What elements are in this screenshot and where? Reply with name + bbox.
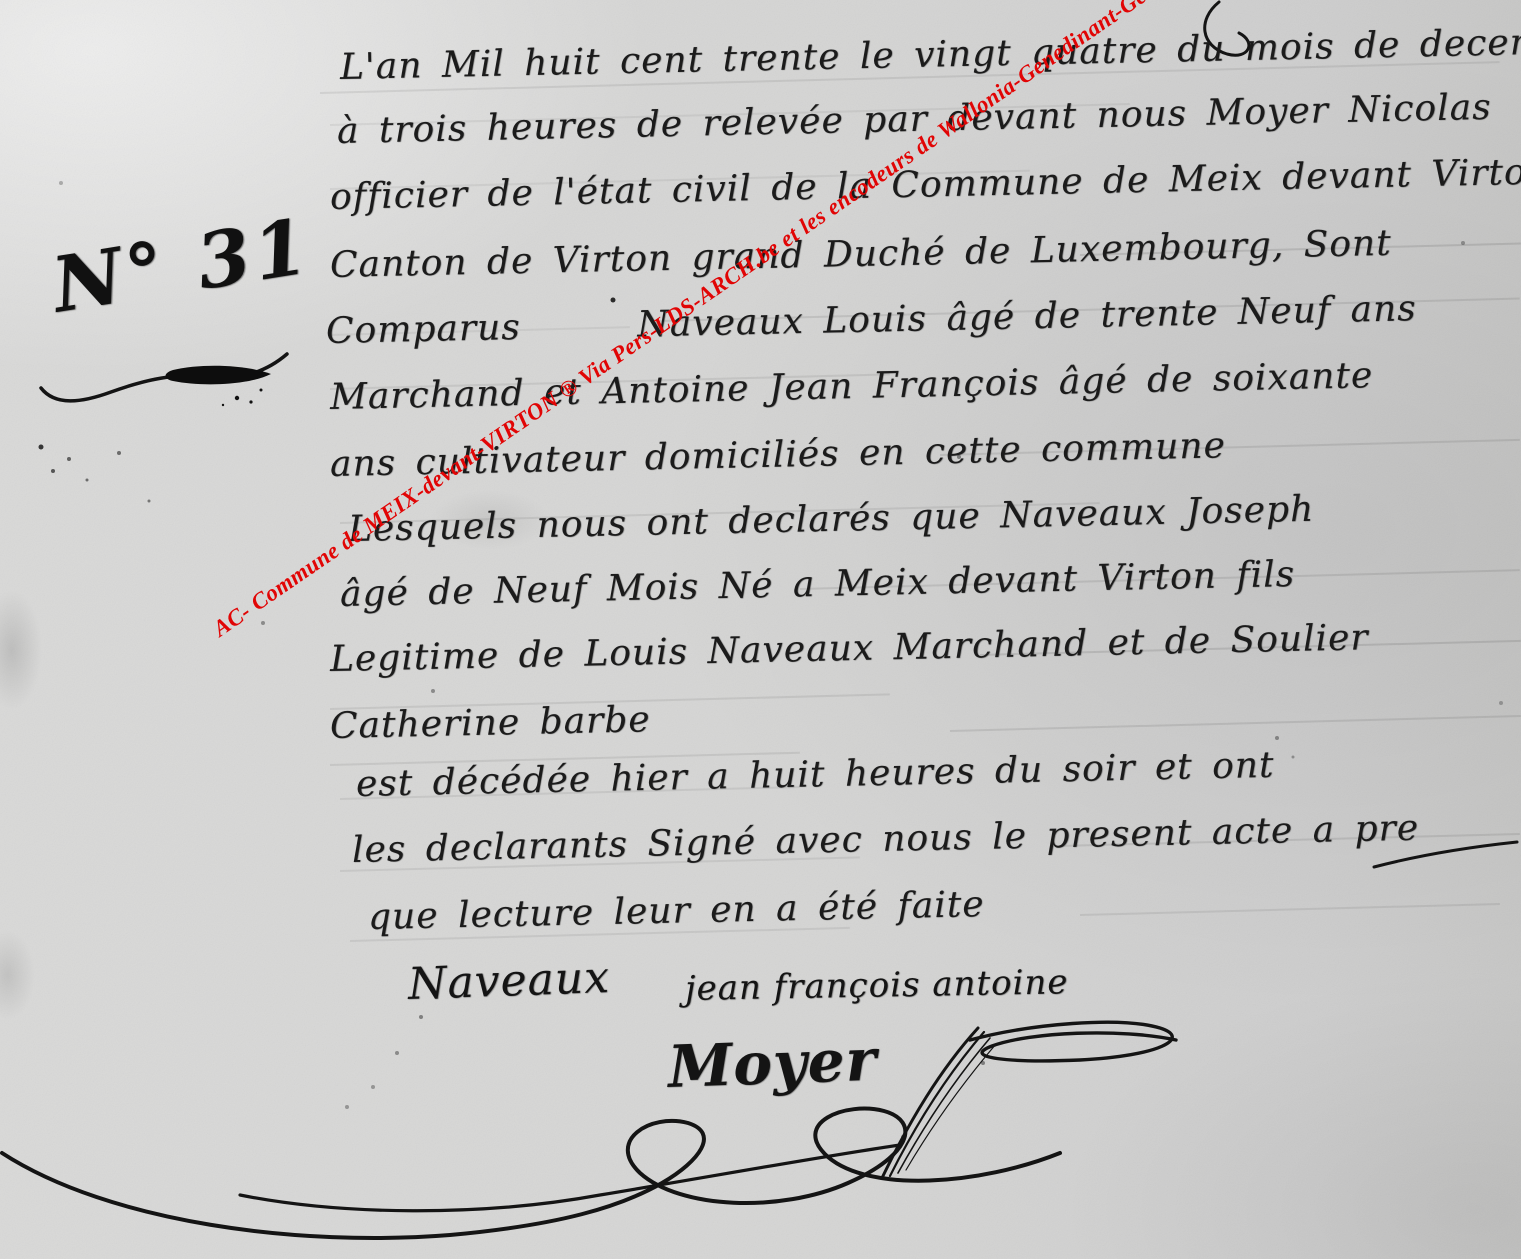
manuscript-line: Canton de Virton grand Duché de Luxembou… bbox=[330, 224, 1392, 286]
manuscript-line: Marchand et Antoine Jean François âgé de… bbox=[330, 356, 1374, 417]
manuscript-line: L'an Mil huit cent trente le vingt quatr… bbox=[340, 21, 1521, 87]
manuscript-line: Comparus Naveaux Louis âgé de trente Neu… bbox=[326, 289, 1417, 351]
manuscript-line: que lecture leur en a été faite bbox=[368, 885, 985, 937]
manuscript-line: est décédée hier a huit heures du soir e… bbox=[356, 746, 1275, 805]
manuscript-line: Lesquels nous ont declarés que Naveaux J… bbox=[348, 490, 1315, 550]
edge-smudge bbox=[0, 590, 42, 710]
manuscript-line: les declarants Signé avec nous le presen… bbox=[352, 809, 1420, 871]
ink-flourish-under-number bbox=[35, 340, 305, 420]
signature-quill-flourish bbox=[820, 1000, 1240, 1190]
manuscript-line: Catherine barbe bbox=[330, 700, 651, 746]
dust-specks bbox=[0, 0, 2, 2]
act-number: N° 31 bbox=[48, 208, 316, 324]
manuscript-line: Legitime de Louis Naveaux Marchand et de… bbox=[330, 618, 1369, 679]
manuscript-line: âgé de Neuf Mois Né a Meix devant Virton… bbox=[340, 555, 1296, 615]
act-number-label: N° 31 bbox=[47, 201, 317, 330]
signature-paraph-loops bbox=[0, 1075, 1160, 1259]
signature-officer-moyer: Moyer bbox=[667, 1031, 878, 1096]
manuscript-line: officier de l'état civil de la Commune d… bbox=[330, 152, 1521, 217]
edge-smudge bbox=[0, 930, 35, 1020]
document-scan-page: N° 31 L'an Mil huit cent trente le vingt… bbox=[0, 0, 1521, 1259]
signature-declarant-naveaux: Naveaux bbox=[407, 956, 610, 1007]
signature-declarant-antoine: jean françois antoine bbox=[685, 965, 1069, 1006]
